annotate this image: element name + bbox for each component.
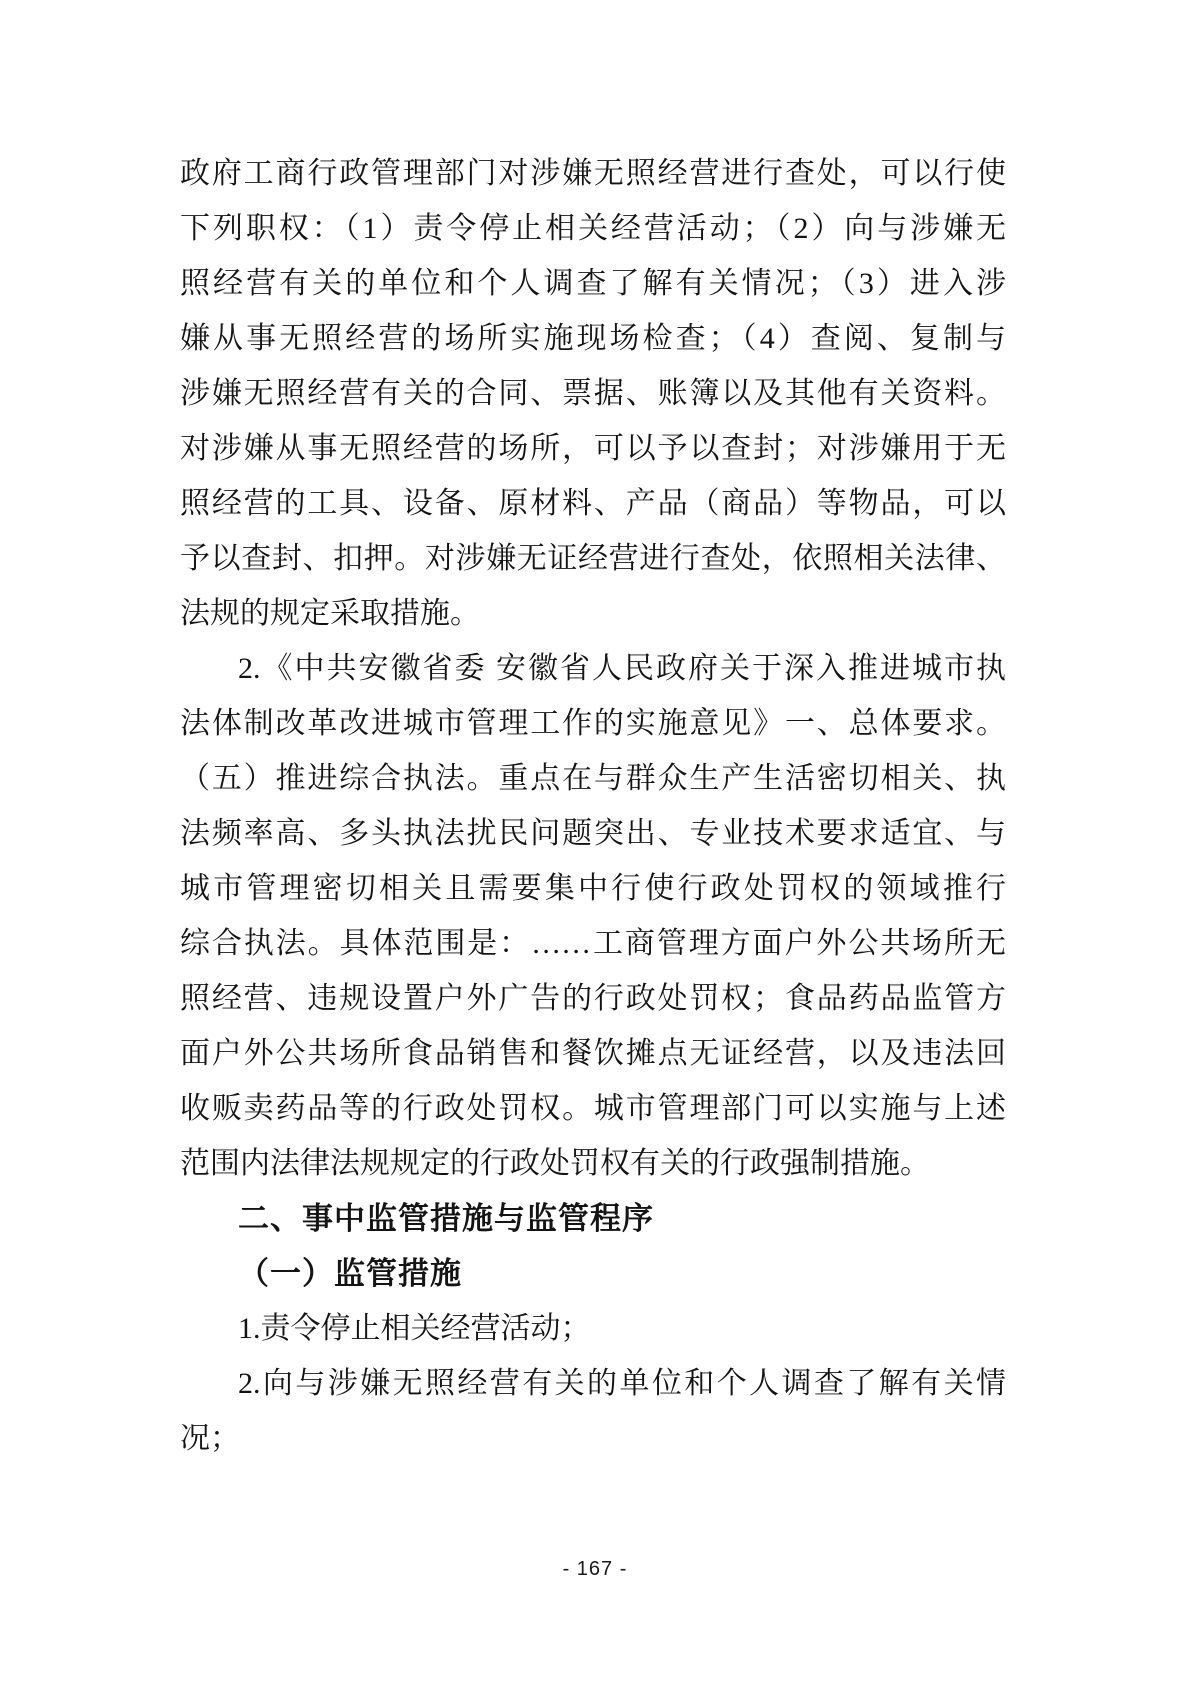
body-text-line: 涉嫌无照经营有关的合同、票据、账簿以及其他有关资料。 [180,366,1006,421]
body-text-line: 政府工商行政管理部门对涉嫌无照经营进行查处，可以行使 [180,146,1006,201]
body-text-line: 法频率高、多头执法扰民问题突出、专业技术要求适宜、与 [180,806,1006,861]
document-page: 政府工商行政管理部门对涉嫌无照经营进行查处，可以行使 下列职权：（1）责令停止相… [0,0,1190,1683]
body-text-line: 照经营的工具、设备、原材料、产品（商品）等物品，可以 [180,476,1006,531]
body-text-line: 法规的规定采取措施。 [180,586,1006,641]
body-text-line: 照经营有关的单位和个人调查了解有关情况；（3）进入涉 [180,256,1006,311]
section-heading: 二、事中监管措施与监管程序 [180,1191,1006,1246]
list-item: 1.责令停止相关经营活动； [180,1301,1006,1356]
list-item-continuation: 况； [180,1411,1006,1466]
body-text-line: （五）推进综合执法。重点在与群众生产生活密切相关、执 [180,751,1006,806]
subsection-heading: （一）监管措施 [180,1246,1006,1301]
body-text-line: 综合执法。具体范围是：……工商管理方面户外公共场所无 [180,916,1006,971]
body-text-line: 嫌从事无照经营的场所实施现场检查；（4）查阅、复制与 [180,311,1006,366]
body-text-line: 面户外公共场所食品销售和餐饮摊点无证经营，以及违法回 [180,1026,1006,1081]
body-text-line: 法体制改革改进城市管理工作的实施意见》一、总体要求。 [180,696,1006,751]
body-text-line: 2.《中共安徽省委 安徽省人民政府关于深入推进城市执 [180,641,1006,696]
body-text-line: 城市管理密切相关且需要集中行使行政处罚权的领域推行 [180,861,1006,916]
body-text-line: 范围内法律法规规定的行政处罚权有关的行政强制措施。 [180,1136,1006,1191]
document-body: 政府工商行政管理部门对涉嫌无照经营进行查处，可以行使 下列职权：（1）责令停止相… [180,146,1006,1466]
body-text-line: 对涉嫌从事无照经营的场所，可以予以查封；对涉嫌用于无 [180,421,1006,476]
body-text-line: 照经营、违规设置户外广告的行政处罚权；食品药品监管方 [180,971,1006,1026]
body-text-line: 下列职权：（1）责令停止相关经营活动；（2）向与涉嫌无 [180,201,1006,256]
body-text-line: 收贩卖药品等的行政处罚权。城市管理部门可以实施与上述 [180,1081,1006,1136]
list-item: 2.向与涉嫌无照经营有关的单位和个人调查了解有关情 [180,1356,1006,1411]
body-text-line: 予以查封、扣押。对涉嫌无证经营进行查处，依照相关法律、 [180,531,1006,586]
page-number: - 167 - [0,1558,1190,1581]
